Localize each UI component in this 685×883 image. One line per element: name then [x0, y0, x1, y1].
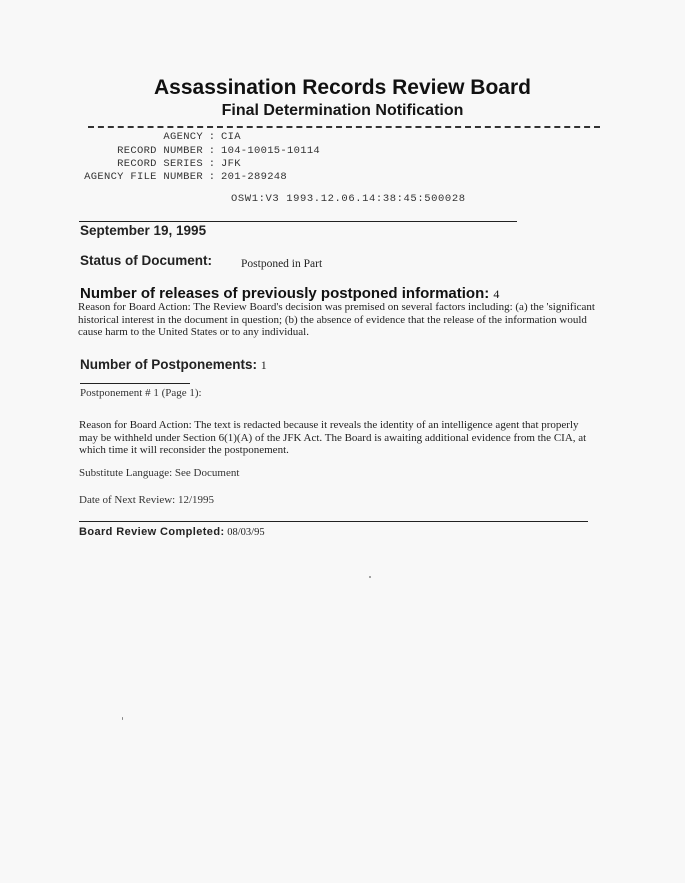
scan-speck [122, 717, 123, 720]
status-label: Status of Document: [80, 253, 212, 268]
dashed-divider [88, 126, 600, 128]
section-divider [79, 221, 517, 222]
completed-value: 08/03/95 [227, 527, 264, 538]
substitute-language: Substitute Language: See Document [79, 467, 239, 479]
record-number-value: 104-10015-10114 [221, 145, 320, 157]
agency-file-number-value: 201-289248 [221, 171, 287, 183]
document-subtitle: Final Determination Notification [0, 102, 685, 120]
postponement-reason: Reason for Board Action: The text is red… [79, 419, 599, 457]
footer-divider [79, 521, 588, 522]
releases-heading: Number of releases of previously postpon… [80, 285, 499, 302]
postponement-heading: Postponement # 1 (Page 1): [80, 387, 202, 399]
field-agency: AGENCY:CIA [79, 131, 241, 143]
status-value: Postponed in Part [241, 258, 322, 270]
record-series-value: JFK [221, 158, 241, 170]
document-page: Assassination Records Review Board Final… [0, 0, 685, 883]
postponements-value: 1 [261, 358, 267, 372]
postponement-divider [80, 383, 190, 384]
postponements-heading: Number of Postponements: 1 [80, 357, 267, 373]
postponements-label: Number of Postponements: [80, 357, 257, 372]
field-agency-file-number: AGENCY FILE NUMBER:201-289248 [79, 171, 287, 183]
next-review-date: Date of Next Review: 12/1995 [79, 494, 214, 506]
agency-value: CIA [221, 131, 241, 143]
board-review-completed: Board Review Completed: 08/03/95 [79, 526, 265, 538]
releases-reason: Reason for Board Action: The Review Boar… [78, 301, 608, 339]
notice-date: September 19, 1995 [80, 223, 206, 238]
releases-value: 4 [493, 287, 499, 301]
field-record-number: RECORD NUMBER:104-10015-10114 [79, 145, 320, 157]
document-title: Assassination Records Review Board [0, 76, 685, 100]
releases-label: Number of releases of previously postpon… [80, 285, 489, 302]
field-record-series: RECORD SERIES:JFK [79, 158, 241, 170]
completed-label: Board Review Completed: [79, 526, 225, 538]
scan-speck [369, 576, 371, 578]
system-stamp: OSW1:V3 1993.12.06.14:38:45:500028 [231, 193, 466, 205]
